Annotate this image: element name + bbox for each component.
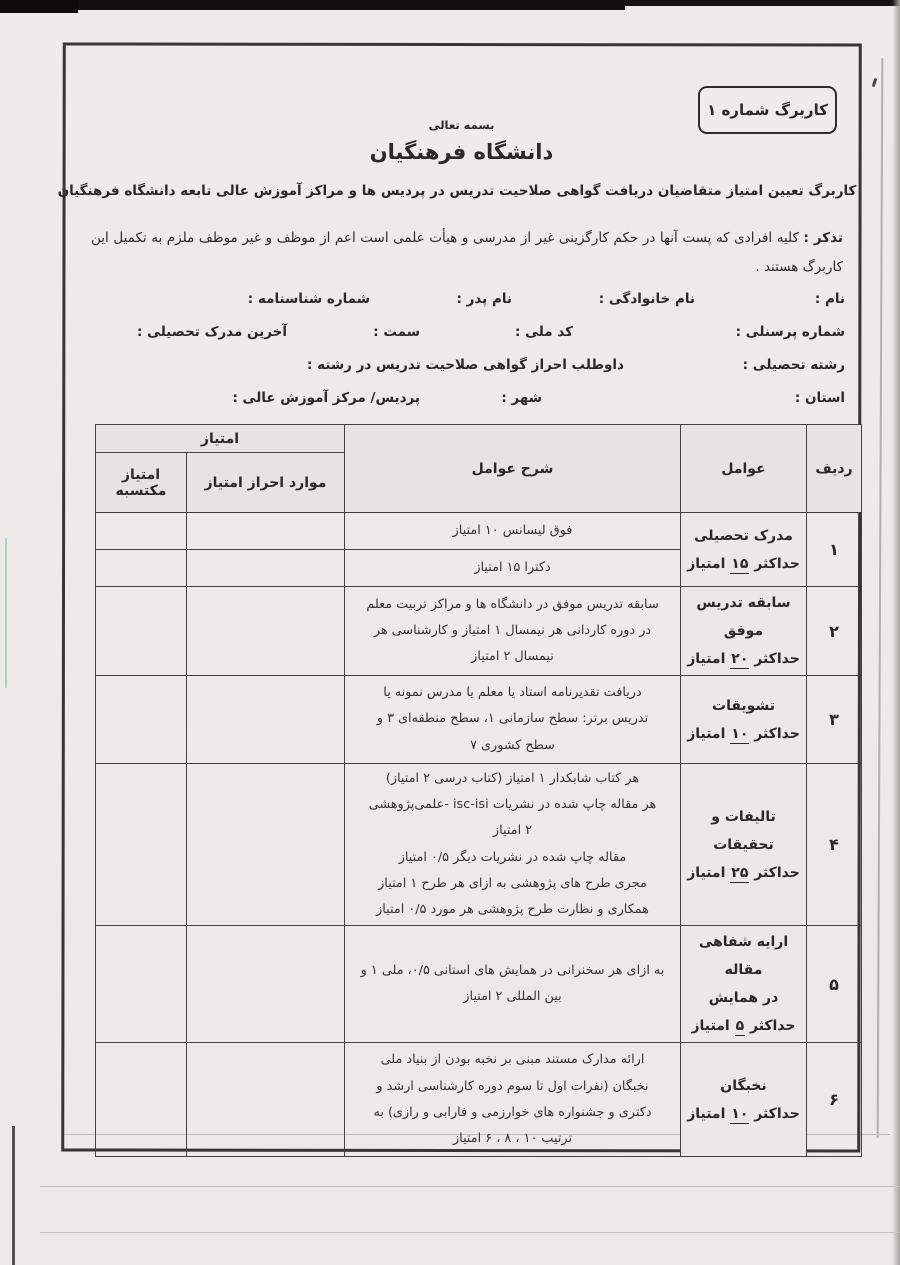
field-label-id-number: شماره شناسنامه : bbox=[248, 291, 370, 307]
row-number-cell: ۵ bbox=[807, 926, 862, 1043]
table-row: ۵ارایه شفاهی مقالهدر همایشحداکثر ۵ امتیا… bbox=[96, 926, 862, 1043]
score-cases-cell bbox=[187, 550, 345, 587]
earned-score-cell bbox=[96, 926, 187, 1043]
scan-artifact-right-band bbox=[892, 0, 900, 1265]
field-label-national-id: کد ملی : bbox=[515, 324, 573, 340]
factor-cell: تالیفات و تحقیقاتحداکثر ۲۵ امتیاز bbox=[681, 764, 807, 926]
header-description: شرح عوامل bbox=[345, 425, 681, 513]
score-cases-cell bbox=[187, 926, 345, 1043]
header-score-cases: موارد احراز امتیاز bbox=[187, 453, 345, 513]
score-cases-cell bbox=[187, 587, 345, 676]
field-label-province: استان : bbox=[795, 390, 845, 406]
field-label-field-of-study: رشته تحصیلی : bbox=[743, 357, 845, 373]
field-label-campus: پردیس/ مرکز آموزش عالی : bbox=[232, 390, 420, 406]
scan-artifact-top-bar-thick bbox=[0, 0, 625, 10]
notice-text: کلیه افرادی که پست آنها در حکم کارگزینی … bbox=[91, 230, 843, 275]
description-cell: ارائه مدارک مستند مبنی بر نخبه بودن از ب… bbox=[345, 1043, 681, 1157]
scan-artifact-blue-line bbox=[5, 538, 7, 688]
page-title: دانشگاه فرهنگیان bbox=[62, 140, 861, 164]
scan-artifact-top-corner bbox=[0, 0, 78, 13]
field-label-applicant-for: داوطلب احراز گواهی صلاحیت تدریس در رشته … bbox=[307, 357, 624, 373]
header-factors: عوامل bbox=[681, 425, 807, 513]
factor-cell: تشویقاتحداکثر ۱۰ امتیاز bbox=[681, 676, 807, 764]
factor-cell: نخبگانحداکثر ۱۰ امتیاز bbox=[681, 1043, 807, 1157]
bismillah-text: بسمه تعالی bbox=[62, 118, 861, 132]
earned-score-cell bbox=[96, 587, 187, 676]
earned-score-cell bbox=[96, 764, 187, 926]
description-cell: دریافت تقدیرنامه استاد یا معلم یا مدرس ن… bbox=[345, 676, 681, 764]
score-cases-cell bbox=[187, 676, 345, 764]
table-row: ۱مدرک تحصیلیحداکثر ۱۵ امتیازفوق لیسانس ۱… bbox=[96, 513, 862, 550]
table-header-row-1: ردیف عوامل شرح عوامل امتیاز bbox=[96, 425, 862, 453]
earned-score-cell bbox=[96, 550, 187, 587]
row-number-cell: ۶ bbox=[807, 1043, 862, 1157]
factor-cell: ارایه شفاهی مقالهدر همایشحداکثر ۵ امتیاز bbox=[681, 926, 807, 1043]
field-label-personnel-number: شماره پرسنلی : bbox=[736, 324, 845, 340]
score-table: ردیف عوامل شرح عوامل امتیاز موارد احراز … bbox=[95, 424, 862, 1157]
earned-score-cell bbox=[96, 676, 187, 764]
description-cell: دکترا ۱۵ امتیاز bbox=[345, 550, 681, 587]
earned-score-cell bbox=[96, 1043, 187, 1157]
field-label-father-name: نام پدر : bbox=[457, 291, 512, 307]
score-cases-cell bbox=[187, 764, 345, 926]
factor-cell: سابقه تدریس موفقحداکثر ۲۰ امتیاز bbox=[681, 587, 807, 676]
field-label-name: نام : bbox=[815, 291, 845, 307]
score-cases-cell bbox=[187, 513, 345, 550]
row-number-cell: ۱ bbox=[807, 513, 862, 587]
scanned-form-page: کاربرگ شماره ۱ بسمه تعالی دانشگاه فرهنگی… bbox=[0, 0, 900, 1265]
table-row: ۳تشویقاتحداکثر ۱۰ امتیازدریافت تقدیرنامه… bbox=[96, 676, 862, 764]
scan-artifact-mark bbox=[872, 78, 878, 87]
description-cell: به ازای هر سخنرانی در همایش های استانی ۰… bbox=[345, 926, 681, 1043]
description-cell: هر کتاب شابکدار ۱ امتیاز (کتاب درسی ۲ ام… bbox=[345, 764, 681, 926]
scan-artifact-bottom-left-line bbox=[12, 1126, 15, 1265]
row-number-cell: ۴ bbox=[807, 764, 862, 926]
form-subtitle: کاربرگ تعیین امتیاز متقاضیان دریافت گواه… bbox=[52, 183, 862, 199]
header-row-no: ردیف bbox=[807, 425, 862, 513]
description-cell: فوق لیسانس ۱۰ امتیاز bbox=[345, 513, 681, 550]
factor-cell: مدرک تحصیلیحداکثر ۱۵ امتیاز bbox=[681, 513, 807, 587]
field-label-position: سمت : bbox=[373, 324, 420, 340]
earned-score-cell bbox=[96, 513, 187, 550]
row-number-cell: ۳ bbox=[807, 676, 862, 764]
header-score-group: امتیاز bbox=[96, 425, 345, 453]
scan-artifact-faint-line-3 bbox=[40, 1232, 900, 1233]
form-number-label: کاربرگ شماره ۱ bbox=[707, 101, 828, 119]
description-cell: سابقه تدریس موفق در دانشگاه ها و مراکز ت… bbox=[345, 587, 681, 676]
scan-artifact-vertical-line bbox=[877, 58, 884, 1138]
field-label-city: شهر : bbox=[501, 390, 542, 406]
header-score-earned: امتیاز مکتسبه bbox=[96, 453, 187, 513]
notice-label: تذکر : bbox=[804, 230, 844, 246]
table-row: ۲سابقه تدریس موفقحداکثر ۲۰ امتیازسابقه ت… bbox=[96, 587, 862, 676]
row-number-cell: ۲ bbox=[807, 587, 862, 676]
field-label-last-name: نام خانوادگی : bbox=[599, 291, 695, 307]
field-label-last-degree: آخرین مدرک تحصیلی : bbox=[137, 324, 287, 340]
scan-artifact-faint-line-2 bbox=[40, 1186, 900, 1187]
score-cases-cell bbox=[187, 1043, 345, 1157]
table-row: ۴تالیفات و تحقیقاتحداکثر ۲۵ امتیازهر کتا… bbox=[96, 764, 862, 926]
table-row: ۶نخبگانحداکثر ۱۰ امتیازارائه مدارک مستند… bbox=[96, 1043, 862, 1157]
notice-paragraph: تذکر : کلیه افرادی که پست آنها در حکم کا… bbox=[91, 224, 843, 282]
